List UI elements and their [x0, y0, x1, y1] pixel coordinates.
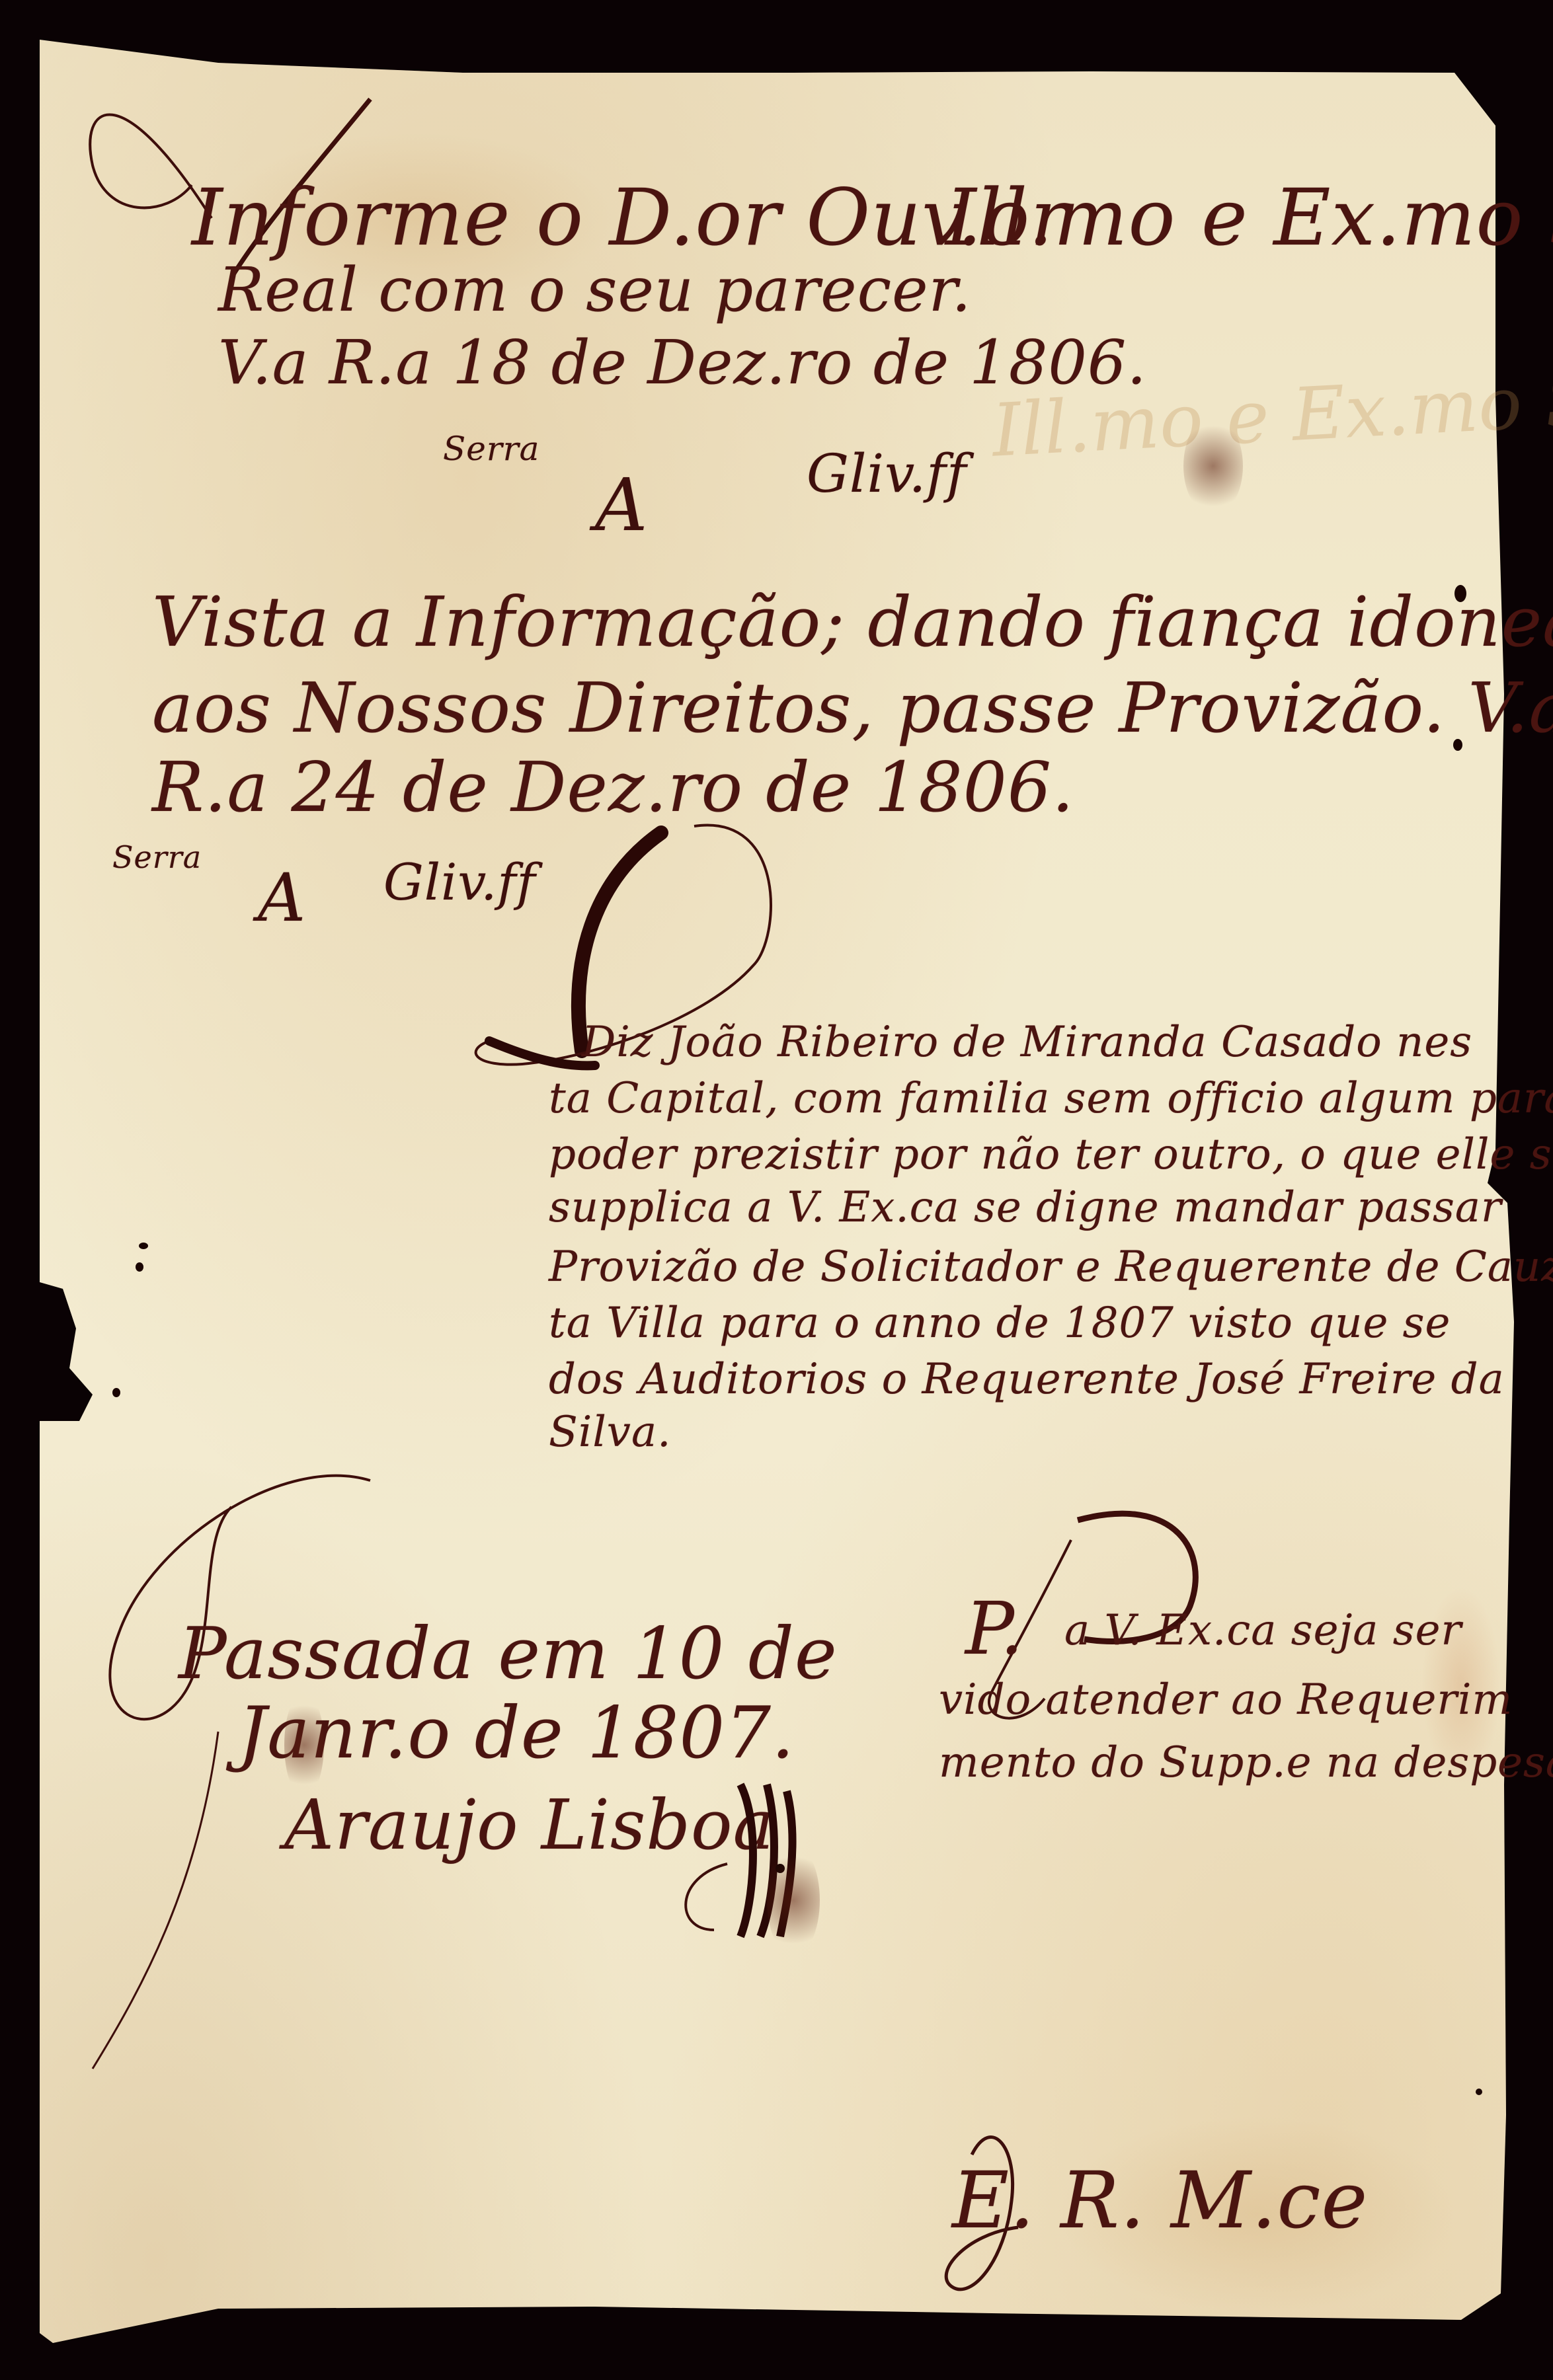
ink-smudge: [284, 1692, 324, 1798]
ink-spot: [112, 1388, 120, 1397]
ink-spot: [1476, 2089, 1482, 2095]
ink-spot: [139, 1243, 148, 1249]
closing-formula-text: E. R. M.ce: [952, 2155, 1368, 2246]
ink-spot: [136, 1262, 143, 1272]
ink-smudge: [767, 1844, 820, 1956]
ink-spot: [1454, 585, 1466, 602]
flourish-E-icon: [0, 0, 1553, 2380]
ink-spot: [1453, 739, 1462, 751]
